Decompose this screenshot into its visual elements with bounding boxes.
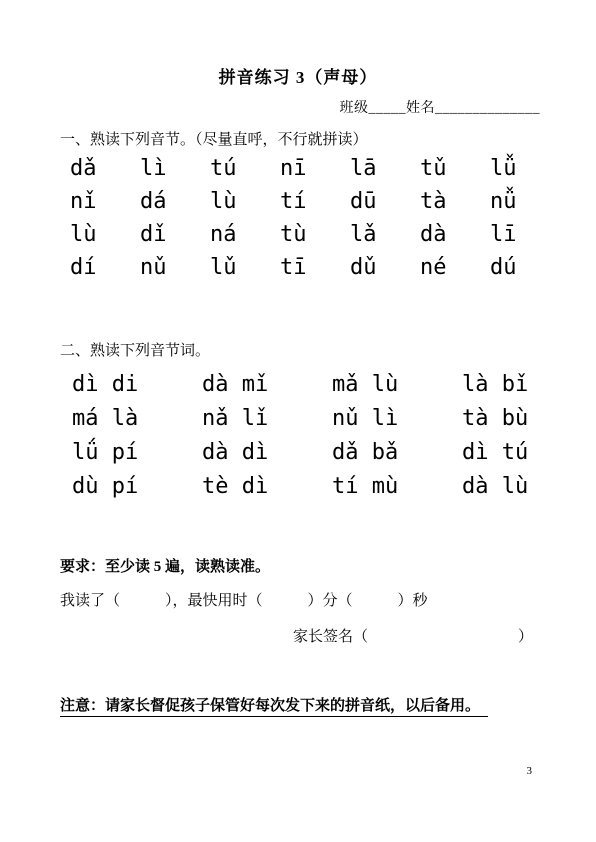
pinyin-syllable: lā — [350, 152, 420, 185]
section1-heading: 一、熟读下列音节。（尽量直呼，不行就拼读） — [60, 128, 368, 149]
pinyin-syllable: dū — [350, 185, 420, 218]
pinyin-syllable: nǐ — [70, 185, 140, 218]
pinyin-word: dà dì — [202, 436, 332, 470]
pinyin-word: dù pí — [72, 470, 202, 504]
section2-heading: 二、熟读下列音节词。 — [60, 339, 210, 360]
parent-signature-blank-line: 家长签名（ ） — [293, 625, 533, 646]
pinyin-syllable: dǎ — [70, 152, 140, 185]
pinyin-syllable: tí — [280, 185, 350, 218]
pinyin-syllable: nī — [280, 152, 350, 185]
pinyin-syllable: lù — [210, 185, 280, 218]
section2-word-grid: dì di dà mǐ mǎ lù là bǐ má là nǎ lǐ nǔ l… — [72, 368, 592, 504]
page-number: 3 — [0, 765, 532, 777]
pinyin-syllable: lǔ — [210, 251, 280, 284]
pinyin-syllable: dǐ — [140, 218, 210, 251]
pinyin-word: nǎ lǐ — [202, 402, 332, 436]
pinyin-syllable: lù — [70, 218, 140, 251]
pinyin-syllable: dà — [420, 218, 490, 251]
pinyin-syllable: ná — [210, 218, 280, 251]
pinyin-word: tà bù — [462, 402, 592, 436]
pinyin-syllable: lǚ — [490, 152, 560, 185]
requirement-line: 要求：至少读 5 遍，读熟读准。 — [60, 555, 270, 576]
pinyin-syllable: tǔ — [420, 152, 490, 185]
pinyin-syllable: nǔ — [140, 251, 210, 284]
pinyin-syllable: tù — [280, 218, 350, 251]
worksheet-page: 拼音练习 3（声母） 班级_____姓名______________ 一、熟读下… — [0, 0, 596, 842]
pinyin-syllable: dá — [140, 185, 210, 218]
pinyin-word: lǘ pí — [72, 436, 202, 470]
pinyin-syllable: lǎ — [350, 218, 420, 251]
pinyin-word: má là — [72, 402, 202, 436]
pinyin-word: dì di — [72, 368, 202, 402]
pinyin-word: dǎ bǎ — [332, 436, 462, 470]
pinyin-syllable: lì — [140, 152, 210, 185]
notice-text: 注意：请家长督促孩子保管好每次发下来的拼音纸，以后备用。 — [60, 698, 488, 717]
class-name-blank-line: 班级_____姓名______________ — [340, 97, 541, 117]
pinyin-word: dà lù — [462, 470, 592, 504]
pinyin-word: nǔ lì — [332, 402, 462, 436]
pinyin-syllable: lī — [490, 218, 560, 251]
notice-line: 注意：请家长督促孩子保管好每次发下来的拼音纸，以后备用。 — [60, 694, 488, 715]
pinyin-word: dà mǐ — [202, 368, 332, 402]
pinyin-word: mǎ lù — [332, 368, 462, 402]
pinyin-syllable: dǔ — [350, 251, 420, 284]
pinyin-word: tè dì — [202, 470, 332, 504]
pinyin-word: dì tú — [462, 436, 592, 470]
read-count-blank-line: 我读了（ ），最快用时（ ）分（ ）秒 — [60, 589, 428, 610]
pinyin-syllable: tú — [210, 152, 280, 185]
pinyin-syllable: dí — [70, 251, 140, 284]
section1-syllable-grid: dǎ lì tú nī lā tǔ lǚ nǐ dá lù tí dū tà n… — [70, 152, 560, 284]
pinyin-word: là bǐ — [462, 368, 592, 402]
page-title: 拼音练习 3（声母） — [0, 63, 596, 88]
pinyin-syllable: né — [420, 251, 490, 284]
pinyin-word: tí mù — [332, 470, 462, 504]
pinyin-syllable: tà — [420, 185, 490, 218]
pinyin-syllable: dú — [490, 251, 560, 284]
pinyin-syllable: tī — [280, 251, 350, 284]
pinyin-syllable: nǚ — [490, 185, 560, 218]
